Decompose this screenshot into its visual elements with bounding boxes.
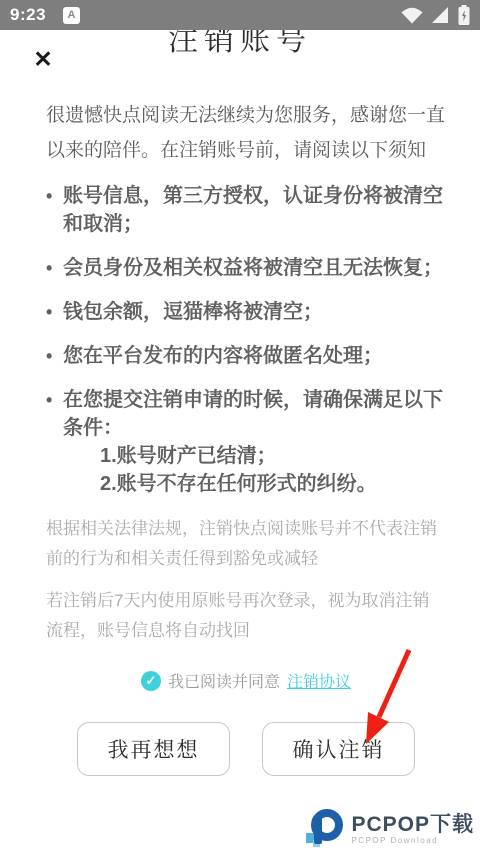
agreement-row: ✓ 我已阅读并同意 注销协议 — [46, 669, 446, 692]
deactivate-account-screen: 9:23 A 注销账号 ✕ 很遗憾快点阅读无法继续为您服务，感谢您一直以来的陪伴… — [0, 0, 480, 853]
notice-item: 账号信息，第三方授权，认证身份将被清空和取消； — [46, 182, 446, 238]
status-icons — [400, 5, 470, 26]
notice-item: 钱包余额，逗猫棒将被清空； — [46, 298, 446, 326]
watermark: PCPOP下载 PCPOP Download — [305, 808, 474, 850]
agreement-checkbox[interactable]: ✓ — [141, 671, 161, 691]
cancel-button[interactable]: 我再想想 — [77, 722, 230, 776]
watermark-subtitle: PCPOP Download — [351, 836, 474, 845]
watermark-text: PCPOP下载 PCPOP Download — [351, 814, 474, 845]
notice-item: 会员身份及相关权益将被清空且无法恢复； — [46, 254, 446, 282]
pcpop-logo-icon — [305, 808, 347, 850]
confirm-deactivate-button[interactable]: 确认注销 — [262, 722, 415, 776]
notice-item-text: 在您提交注销申请的时候，请确保满足以下条件： — [63, 386, 446, 442]
notice-item: 在您提交注销申请的时候，请确保满足以下条件： 1.账号财产已结清； 2.账号不存… — [46, 386, 446, 498]
disclaimer-text: 若注销后7天内使用原账号再次登录，视为取消注销流程，账号信息将自动找回 — [46, 586, 446, 646]
disclaimer-text: 根据相关法律法规，注销快点阅读账号并不代表注销前的行为和相关责任得到豁免或减轻 — [46, 514, 446, 574]
watermark-brand: PCPOP下载 — [351, 814, 474, 836]
close-icon[interactable]: ✕ — [28, 44, 58, 74]
input-method-icon: A — [63, 7, 80, 24]
wifi-icon — [400, 6, 424, 24]
clock: 9:23 — [10, 5, 46, 25]
notice-subitem: 2.账号不存在任何形式的纠纷。 — [63, 470, 446, 498]
signal-icon — [431, 6, 451, 24]
sheet-content: 很遗憾快点阅读无法继续为您服务，感谢您一直以来的陪伴。在注销账号前，请阅读以下须… — [0, 98, 480, 776]
notice-subitem: 1.账号财产已结清； — [63, 442, 446, 470]
action-buttons: 我再想想 确认注销 — [46, 722, 446, 776]
agreement-link[interactable]: 注销协议 — [287, 669, 351, 692]
status-bar: 9:23 A — [0, 0, 480, 30]
intro-text: 很遗憾快点阅读无法继续为您服务，感谢您一直以来的陪伴。在注销账号前，请阅读以下须… — [46, 98, 446, 168]
notice-item: 您在平台发布的内容将做匿名处理； — [46, 342, 446, 370]
deactivate-sheet: 注销账号 ✕ 很遗憾快点阅读无法继续为您服务，感谢您一直以来的陪伴。在注销账号前… — [0, 0, 480, 853]
battery-icon — [458, 5, 470, 26]
notice-list: 账号信息，第三方授权，认证身份将被清空和取消； 会员身份及相关权益将被清空且无法… — [46, 182, 446, 498]
agreement-text: 我已阅读并同意 — [168, 669, 280, 692]
checkmark-icon: ✓ — [146, 673, 157, 689]
